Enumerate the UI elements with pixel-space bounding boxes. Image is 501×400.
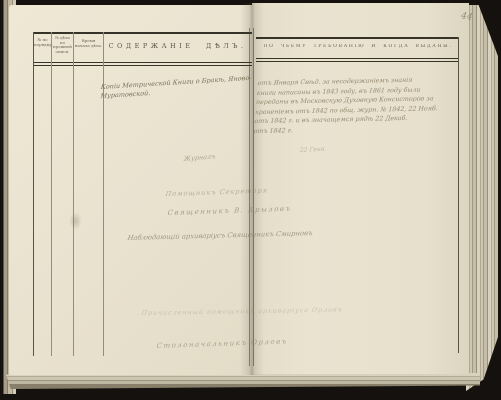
table-top-border-right [256,37,459,39]
table-left-border [33,32,34,356]
right-page-edges [466,5,498,391]
header-issued-to: ПО ЧЬЕМУ ТРЕБОВАНІЮ И КОГДА ВЫДАНЫ. [258,44,458,49]
bottom-page-edges [6,373,480,389]
header-col-number: № по порядку. [34,38,51,47]
header-col-date: Время начала дѣла. [74,39,103,48]
ink-smudge [69,212,82,230]
column-divider-3 [103,32,104,356]
header-col-old-number: № дѣла по прежней описи. [52,36,73,54]
marginal-date-note: 22 Генв. [300,146,327,154]
header-underline-right-2 [256,61,459,62]
table-top-border-left [33,32,252,34]
archival-register-photo: № по порядку. № дѣла по прежней описи. В… [0,0,501,400]
header-underline-left-1 [33,62,252,63]
column-divider-1 [51,32,52,356]
folio-number: 44 [460,11,473,23]
header-underline-left-2 [33,65,252,66]
entry-note: отъ Января Свѣд. за несодержаніемъ знані… [253,75,460,137]
column-divider-2 [73,32,74,356]
header-underline-right-1 [256,58,459,59]
header-contents: СОДЕРЖАНІЕ ДѢЛЪ. [103,42,252,50]
